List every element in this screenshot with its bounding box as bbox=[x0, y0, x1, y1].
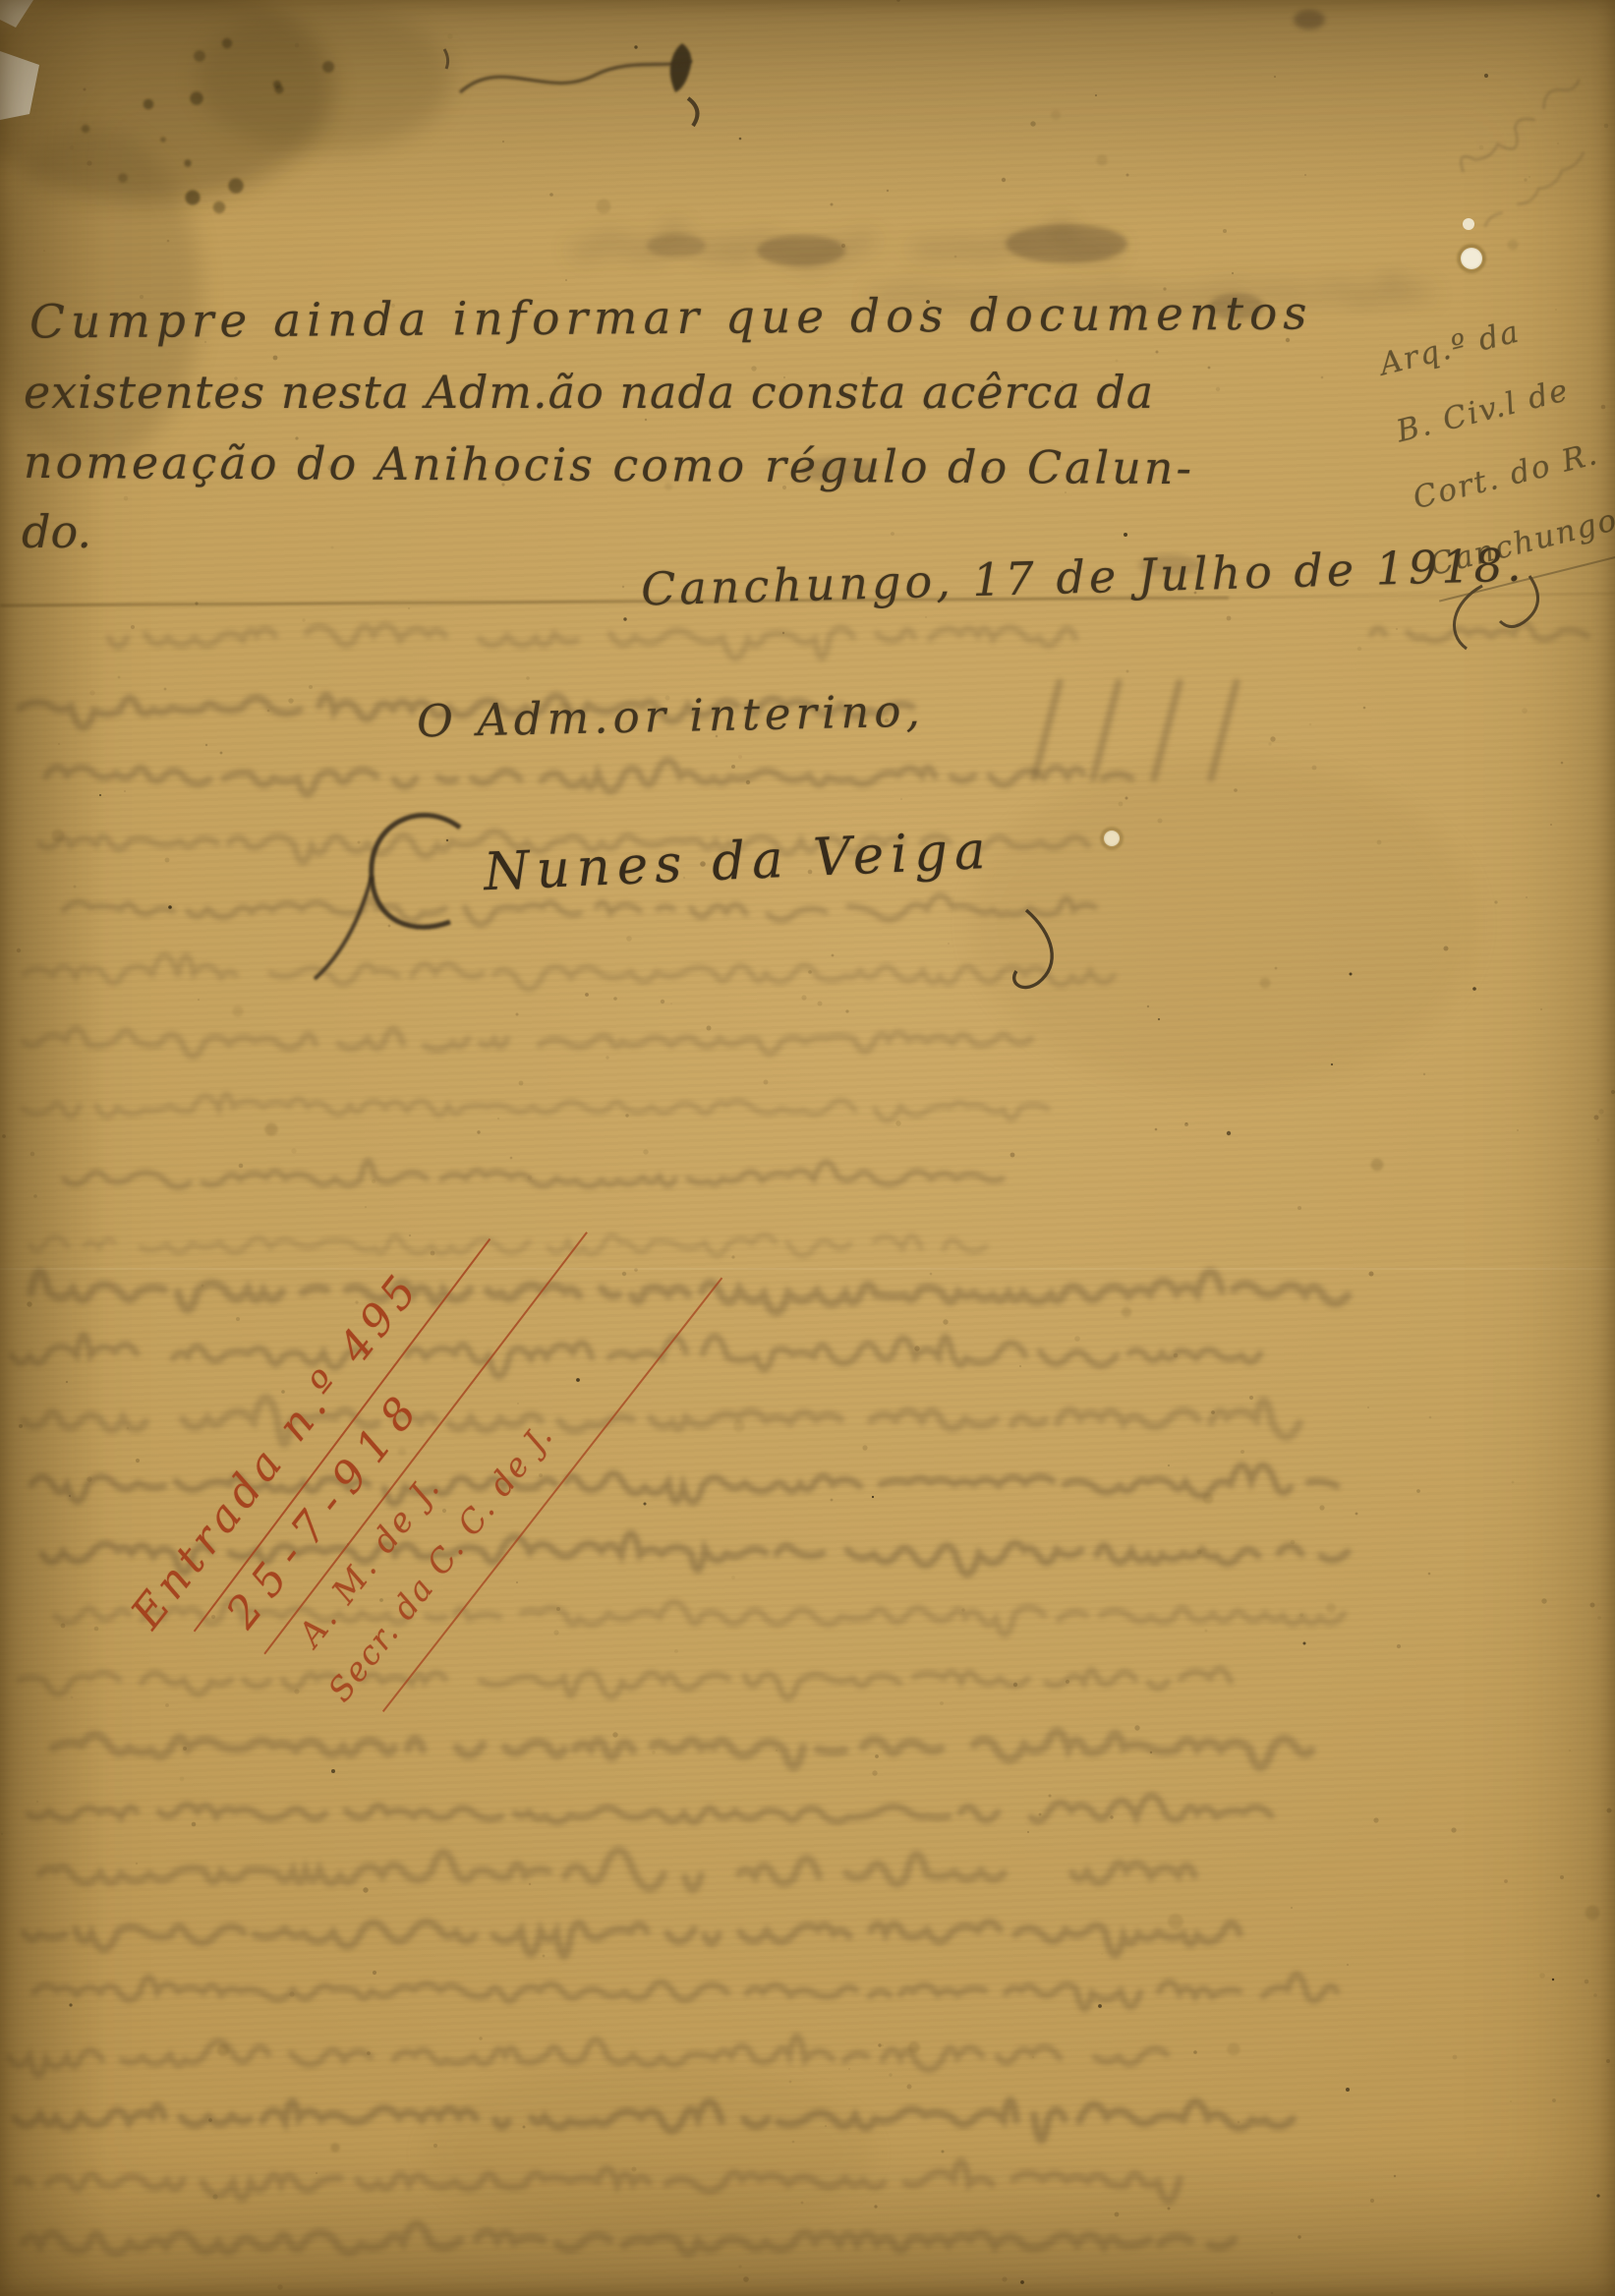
manuscript-page: Cumpre ainda informar que dos documentos… bbox=[0, 0, 1615, 2296]
body-line-2: existentes nesta Adm.ão nada consta acêr… bbox=[24, 366, 1154, 419]
closing-line: O Adm.or interino, bbox=[417, 685, 926, 748]
body-line-1: Cumpre ainda informar que dos documentos bbox=[29, 286, 1313, 349]
body-line-4: do. bbox=[22, 505, 91, 558]
body-line-3: nomeação do Anihocis como régulo do Calu… bbox=[24, 435, 1194, 494]
